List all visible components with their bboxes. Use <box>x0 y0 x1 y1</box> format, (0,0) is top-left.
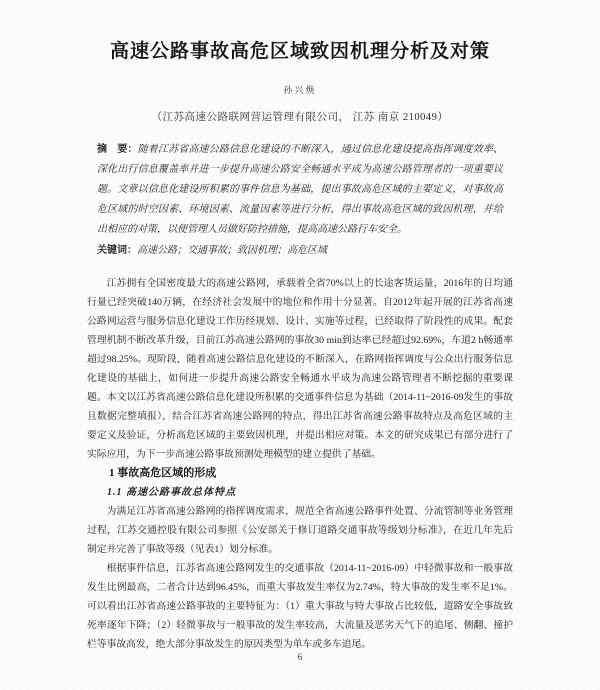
page-title: 高速公路事故高危区域致因机理分析及对策 <box>40 36 560 63</box>
keywords-label: 关键词： <box>97 245 137 256</box>
abstract-paragraph: 摘 要：随着江苏省高速公路信息化建设的不断深入，通过信息化建设提高指挥调度效率、… <box>97 140 503 240</box>
scanned-paper-page: 高速公路事故高危区域致因机理分析及对策 孙兴焕 （江苏高速公路联网营运管理有限公… <box>0 0 600 690</box>
body-paragraph-1: 为满足江苏省高速公路网的指挥调度需求，规范全省高速公路事件处置、分流管制等业务管… <box>87 502 513 559</box>
subsection-1-1-heading: 1.1 高速公路事故总体特点 <box>87 483 513 502</box>
keywords-line: 关键词：高速公路；交通事故；致因机理；高危区域 <box>97 241 503 261</box>
intro-paragraph: 江苏拥有全国密度最大的高速公路网，承载着全省70%以上的长途客货运量，2016年… <box>87 274 513 464</box>
author-name: 孙兴焕 <box>0 83 600 96</box>
keywords-text: 高速公路；交通事故；致因机理；高危区域 <box>137 245 327 256</box>
abstract-text: 随着江苏省高速公路信息化建设的不断深入，通过信息化建设提高指挥调度效率、深化出行… <box>97 144 503 235</box>
body-paragraph-2: 根据事件信息，江苏省高速公路网发生的交通事故（2014-11~2016-09）中… <box>87 559 513 654</box>
abstract-block: 摘 要：随着江苏省高速公路信息化建设的不断深入，通过信息化建设提高指挥调度效率、… <box>87 140 513 261</box>
section-1-heading: 1 事故高危区域的形成 <box>87 464 513 483</box>
author-affiliation: （江苏高速公路联网营运管理有限公司， 江苏 南京 210049） <box>0 109 600 124</box>
abstract-label: 摘 要： <box>97 144 138 155</box>
article-body: 江苏拥有全国密度最大的高速公路网，承载着全省70%以上的长途客货运量，2016年… <box>87 274 513 654</box>
page-number: 6 <box>0 652 600 662</box>
